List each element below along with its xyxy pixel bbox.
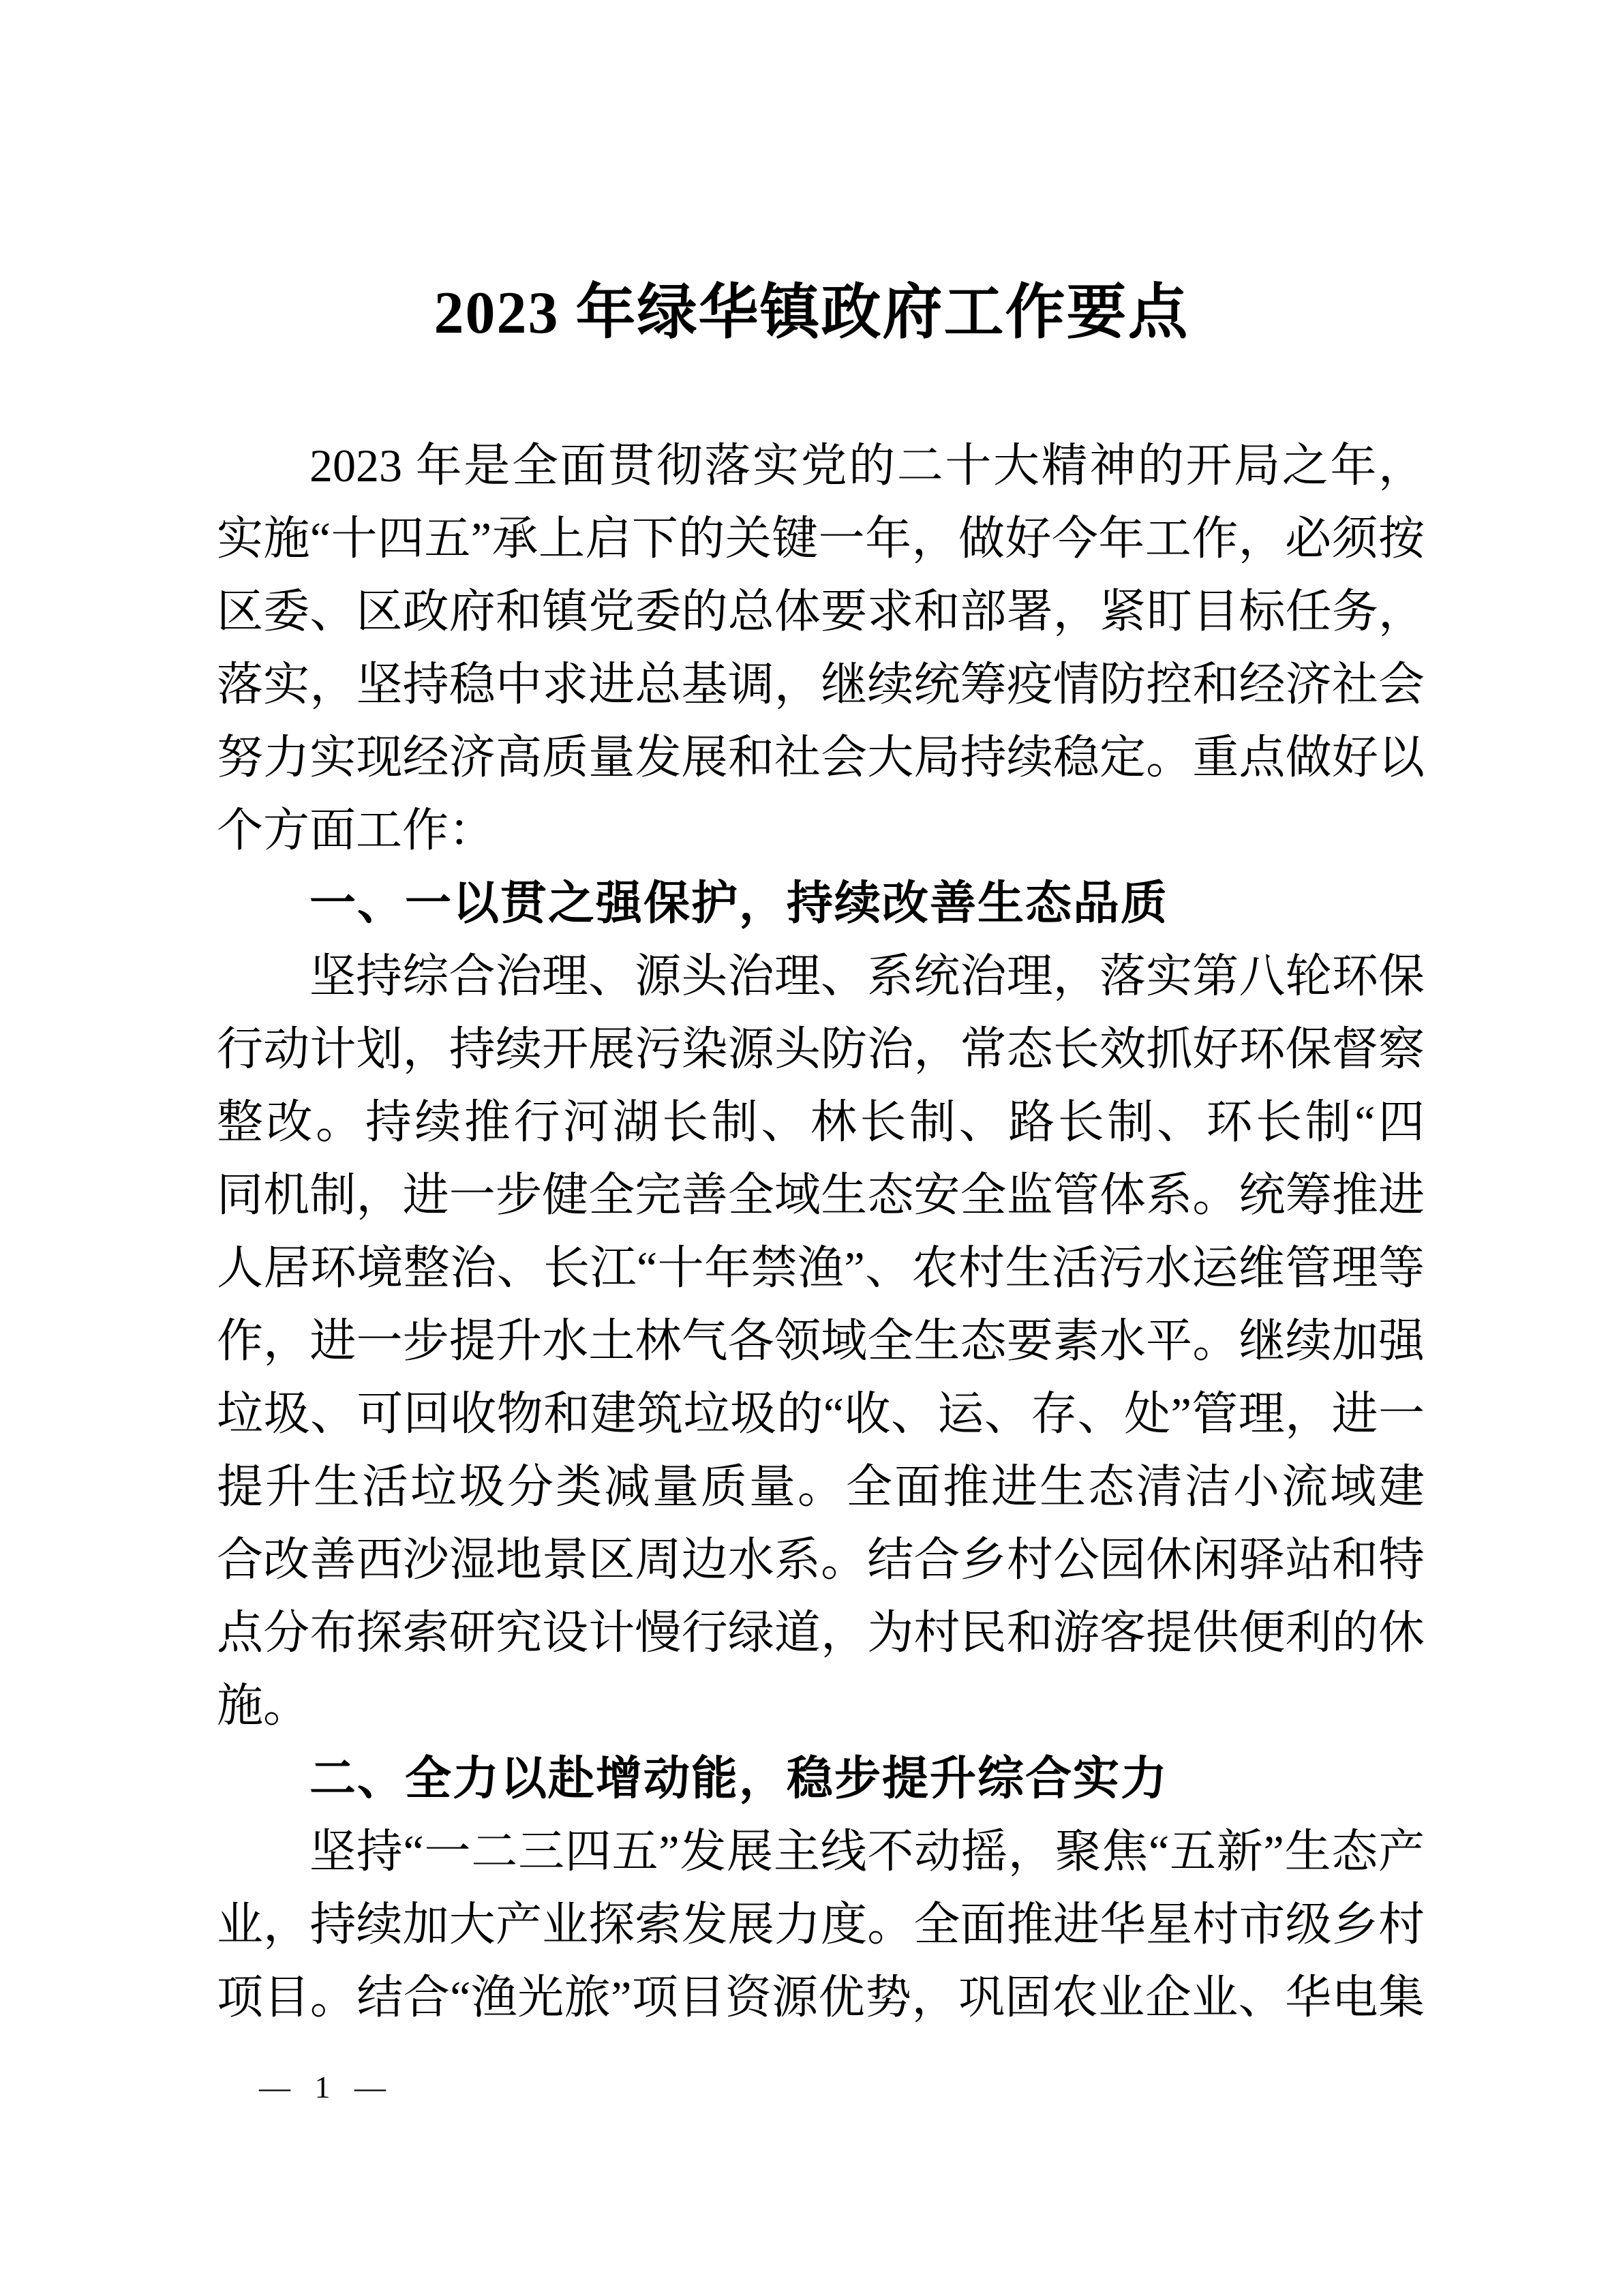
document-page: 2023 年绿华镇政府工作要点 2023 年是全面贯彻落实党的二十大精神的开局之… <box>0 0 1623 2296</box>
text-line: 2023 年是全面贯彻落实党的二十大精神的开局之年，也是 <box>217 429 1425 502</box>
text-line: 项目。结合“渔光旅”项目资源优势，巩固农业企业、华电集团、 <box>217 1961 1425 2034</box>
paragraph-section-1: 坚持综合治理、源头治理、系统治理，落实第八轮环保三年 行动计划，持续开展污染源头… <box>217 940 1425 1742</box>
text-line: 业，持续加大产业探索发展力度。全面推进华星村市级乡村振兴 <box>217 1888 1425 1961</box>
text-line: 提升生活垃圾分类减量质量。全面推进生态清洁小流域建设，综 <box>217 1451 1425 1524</box>
paragraph-section-2: 坚持“一二三四五”发展主线不动摇，聚焦“五新”生态产 业，持续加大产业探索发展力… <box>217 1815 1425 2034</box>
paragraph-intro: 2023 年是全面贯彻落实党的二十大精神的开局之年，也是 实施“十四五”承上启下… <box>217 429 1425 867</box>
text-line: 个方面工作： <box>217 794 1425 867</box>
document-body: 2023 年是全面贯彻落实党的二十大精神的开局之年，也是 实施“十四五”承上启下… <box>217 429 1425 2034</box>
text-line: 行动计划，持续开展污染源头防治，常态长效抓好环保督察问题 <box>217 1013 1425 1086</box>
text-line: 努力实现经济高质量发展和社会大局持续稳定。重点做好以下几 <box>217 721 1425 794</box>
text-line: 落实，坚持稳中求进总基调，继续统筹疫情防控和经济社会发展， <box>217 648 1425 721</box>
text-line: 实施“十四五”承上启下的关键一年，做好今年工作，必须按照 <box>217 502 1425 575</box>
section-heading-2: 二、全力以赴增动能，稳步提升综合实力 <box>217 1742 1425 1815</box>
text-line: 作，进一步提升水土林气各领域全生态要素水平。继续加强生活 <box>217 1305 1425 1378</box>
text-line: 坚持综合治理、源头治理、系统治理，落实第八轮环保三年 <box>217 940 1425 1013</box>
text-line: 施。 <box>217 1670 1425 1742</box>
text-line: 点分布探索研究设计慢行绿道，为村民和游客提供便利的休闲设 <box>217 1597 1425 1670</box>
text-line: 合改善西沙湿地景区周边水系。结合乡村公园休闲驿站和特色景 <box>217 1524 1425 1597</box>
text-line: 垃圾、可回收物和建筑垃圾的“收、运、存、处”管理，进一步 <box>217 1378 1425 1451</box>
page-number: — 1 — <box>259 2067 389 2108</box>
text-line: 人居环境整治、长江“十年禁渔”、农村生活污水运维管理等工 <box>217 1232 1425 1305</box>
text-line: 同机制，进一步健全完善全域生态安全监管体系。统筹推进生态 <box>217 1159 1425 1232</box>
text-line: 区委、区政府和镇党委的总体要求和部署，紧盯目标任务，狠抓 <box>217 575 1425 648</box>
text-line: 整改。持续推行河湖长制、林长制、路长制、环长制“四长”协 <box>217 1086 1425 1159</box>
document-title: 2023 年绿华镇政府工作要点 <box>0 274 1623 353</box>
text-line: 坚持“一二三四五”发展主线不动摇，聚焦“五新”生态产 <box>217 1815 1425 1888</box>
section-heading-1: 一、一以贯之强保护，持续改善生态品质 <box>217 867 1425 940</box>
